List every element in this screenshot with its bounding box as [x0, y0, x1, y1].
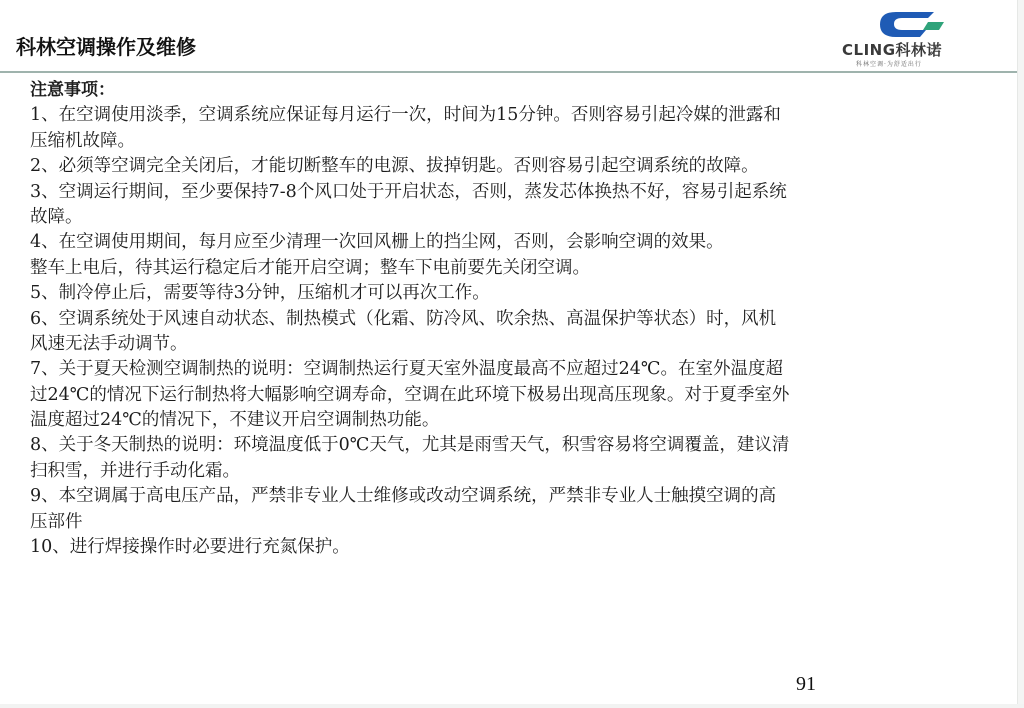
note-line: 风速无法手动调节。: [30, 332, 1005, 357]
note-line: 7、关于夏天检测空调制热的说明：空调制热运行夏天室外温度最高不应超过24℃。在室…: [30, 357, 1005, 382]
note-line: 整车上电后，待其运行稳定后才能开启空调；整车下电前要先关闭空调。: [30, 256, 1005, 281]
notes-heading: 注意事项：: [30, 78, 1005, 103]
note-line: 9、本空调属于高电压产品，严禁非专业人士维修或改动空调系统，严禁非专业人士触摸空…: [30, 484, 1005, 509]
note-line: 压缩机故障。: [30, 129, 1005, 154]
note-line: 4、在空调使用期间，每月应至少清理一次回风栅上的挡尘网，否则，会影响空调的效果。: [30, 230, 1005, 255]
note-line: 3、空调运行期间，至少要保持7-8个风口处于开启状态，否则，蒸发芯体换热不好，容…: [30, 180, 1005, 205]
note-line: 1、在空调使用淡季，空调系统应保证每月运行一次，时间为15分钟。否则容易引起冷媒…: [30, 103, 1005, 128]
slide-bottom-border: [0, 704, 1024, 708]
note-line: 2、必须等空调完全关闭后，才能切断整车的电源、拔掉钥匙。否则容易引起空调系统的故…: [30, 154, 1005, 179]
note-line: 压部件: [30, 510, 1005, 535]
logo-brand-text: CLING科林诺: [842, 39, 942, 60]
slide-right-border: [1017, 0, 1024, 708]
slide: 科林空调操作及维修 CLING科林诺 科林空调·为舒适出行 注意事项： 1、在空…: [0, 0, 1024, 708]
cling-logo-icon: [838, 6, 998, 40]
logo-tagline: 科林空调·为舒适出行: [856, 59, 922, 68]
note-line: 8、关于冬天制热的说明：环境温度低于0℃天气，尤其是雨雪天气，积雪容易将空调覆盖…: [30, 433, 1005, 458]
note-line: 过24℃的情况下运行制热将大幅影响空调寿命，空调在此环境下极易出现高压现象。对于…: [30, 383, 1005, 408]
notes-section: 注意事项： 1、在空调使用淡季，空调系统应保证每月运行一次，时间为15分钟。否则…: [30, 78, 1005, 560]
page-number: 91: [796, 673, 816, 696]
note-line: 温度超过24℃的情况下，不建议开启空调制热功能。: [30, 408, 1005, 433]
cling-logo: CLING科林诺 科林空调·为舒适出行: [838, 6, 998, 68]
note-line: 5、制冷停止后，需要等待3分钟，压缩机才可以再次工作。: [30, 281, 1005, 306]
header-divider: [0, 71, 1017, 73]
note-line: 故障。: [30, 205, 1005, 230]
note-line: 6、空调系统处于风速自动状态、制热模式（化霜、防冷风、吹余热、高温保护等状态）时…: [30, 307, 1005, 332]
note-line: 10、进行焊接操作时必要进行充氮保护。: [30, 535, 1005, 560]
note-line: 扫积雪，并进行手动化霜。: [30, 459, 1005, 484]
slide-title: 科林空调操作及维修: [16, 31, 196, 60]
